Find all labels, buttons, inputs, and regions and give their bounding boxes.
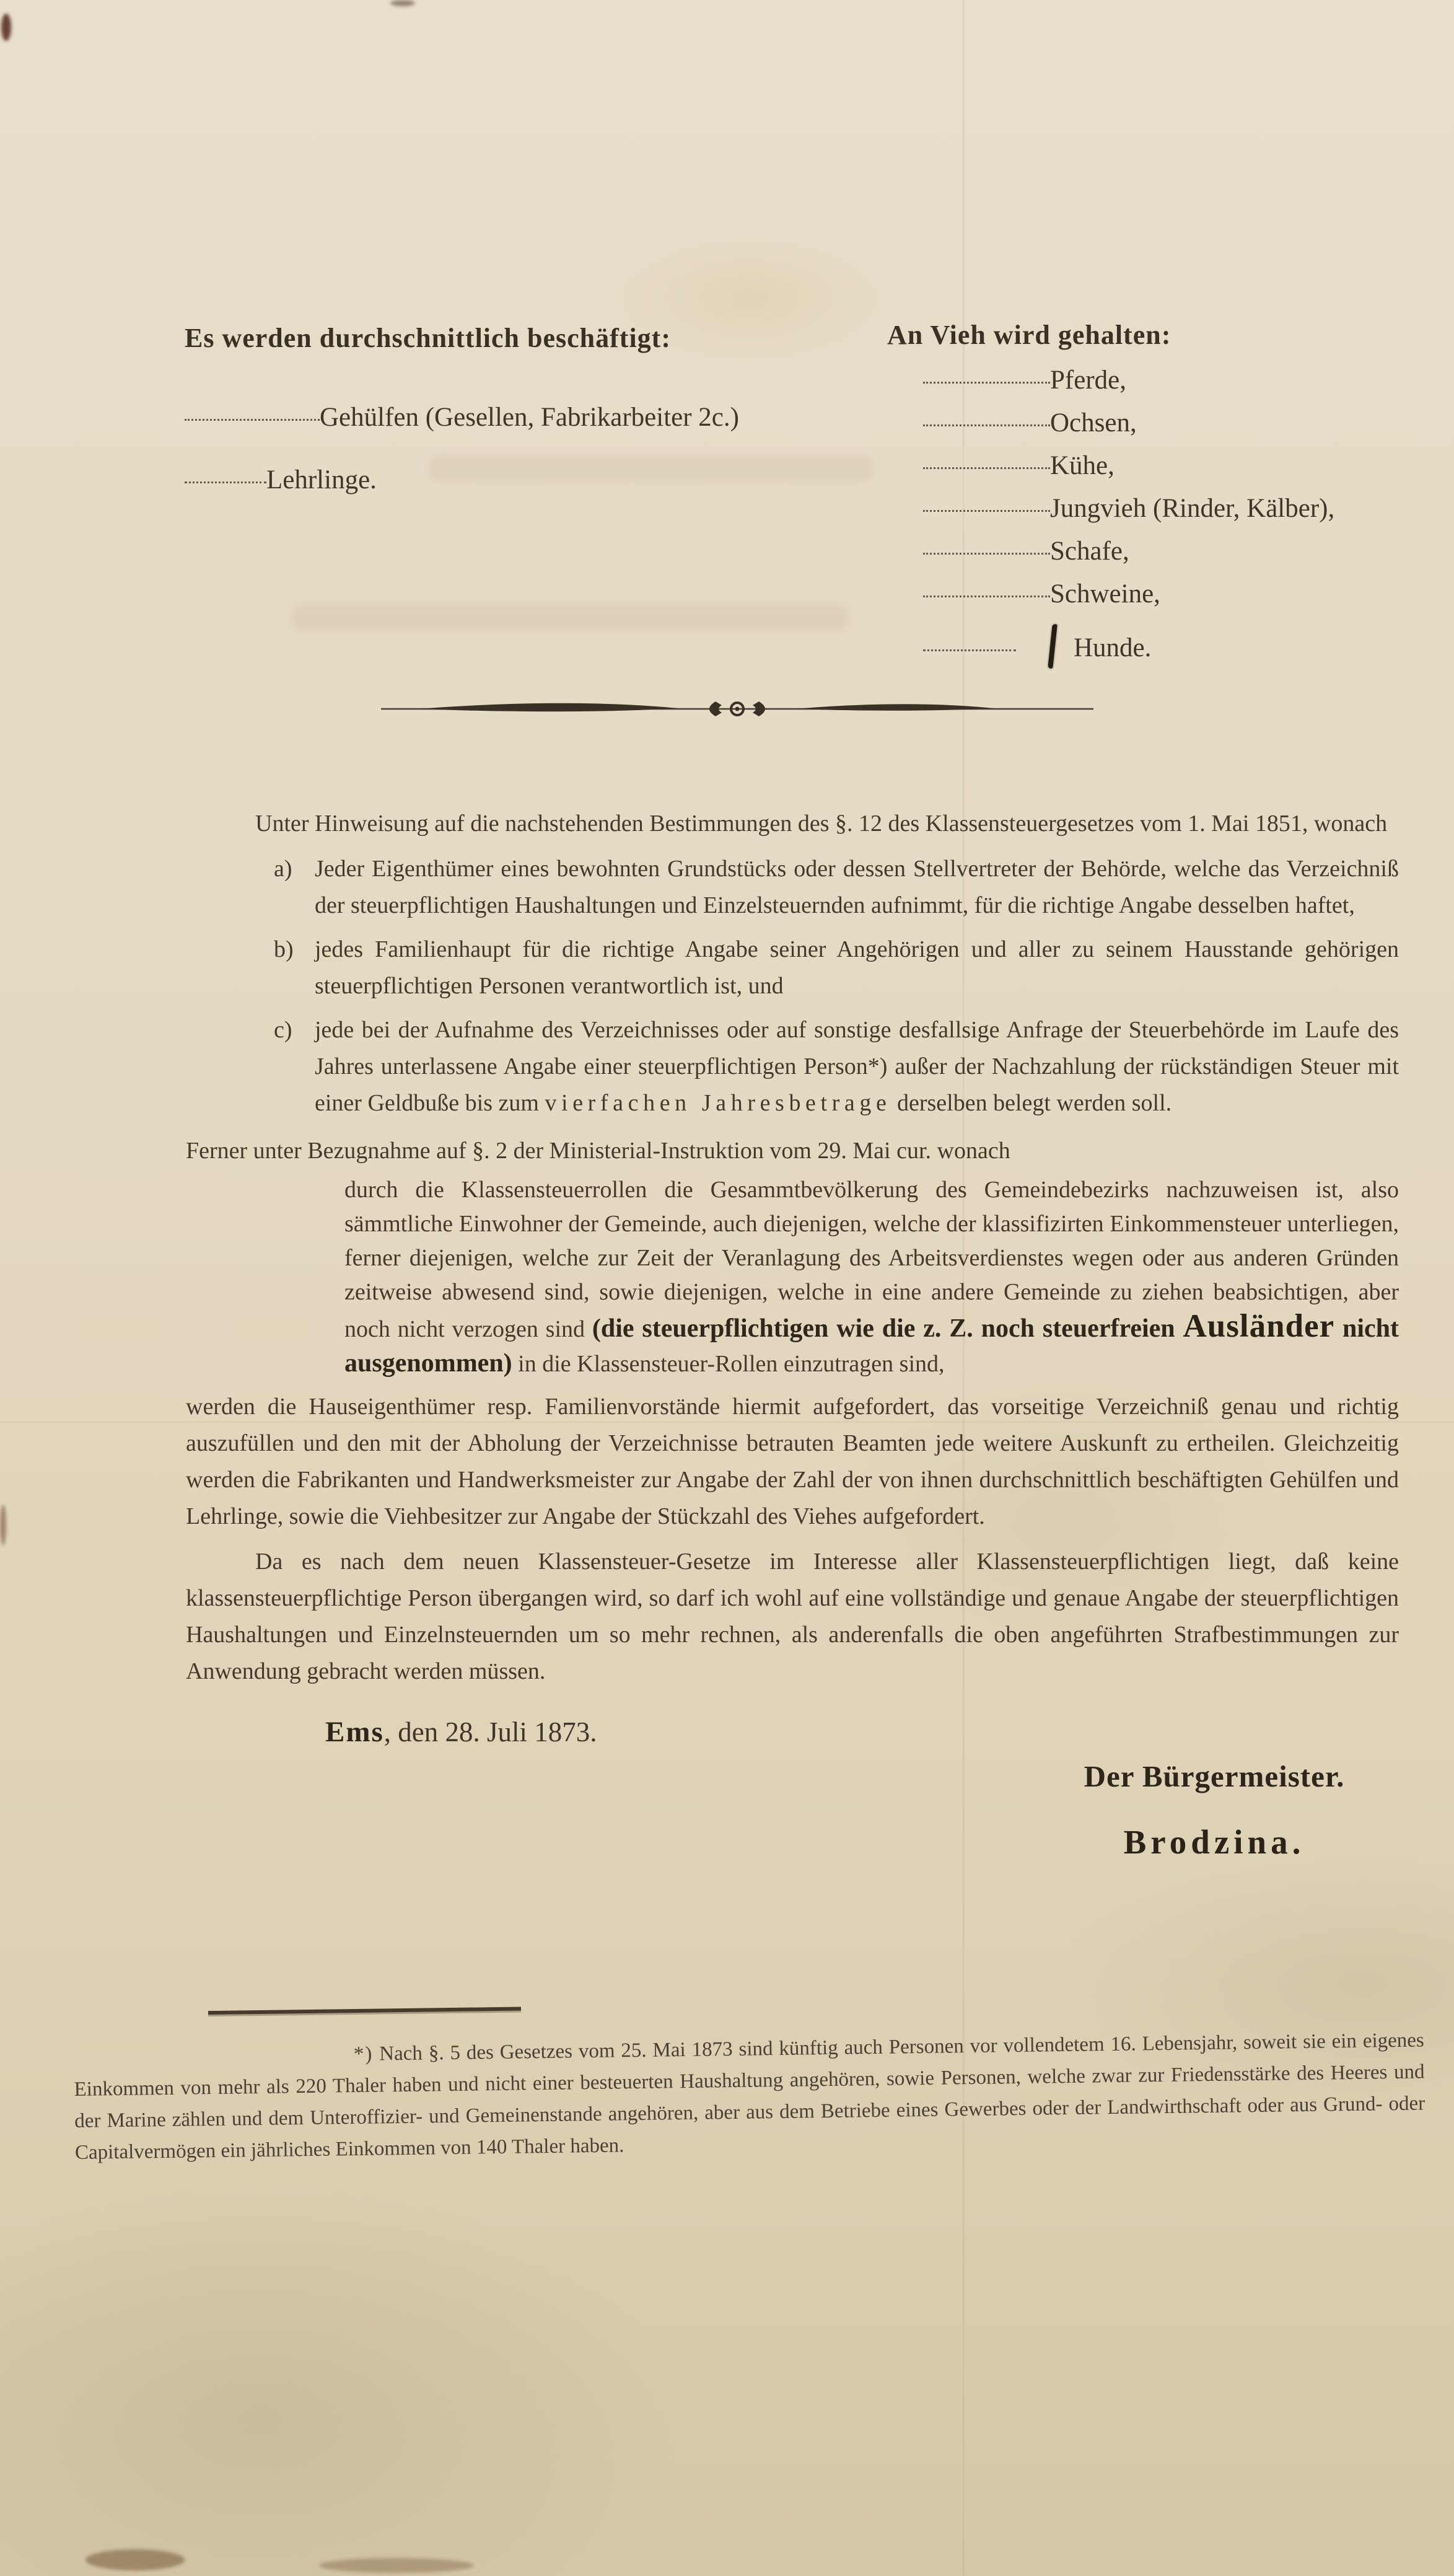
blank-fill-line [185,481,266,483]
footnote-paragraph: *) Nach §. 5 des Gesetzes vom 25. Mai 18… [74,2024,1426,2169]
werden-paragraph: werden die Hauseigenthümer resp. Familie… [186,1389,1399,1535]
dateline-rest: , den 28. Juli 1873. [384,1717,597,1747]
divider-ornament-graphic [381,694,1093,724]
bold-clause-auslaender: Ausländer [1183,1308,1335,1344]
livestock-heading: An Vieh wird gehalten: [887,319,1432,351]
signature-title: Der Bürgermeister. [1016,1759,1412,1794]
livestock-field-pferde: Pferde, [887,367,1432,393]
footnote-text: Nach §. 5 des Gesetzes vom 25. Mai 1873 … [74,2029,1425,2164]
body-text: Unter Hinweisung auf die nachstehenden B… [186,806,1399,1699]
list-item-c: c)jede bei der Aufnahme des Verzeichniss… [186,1012,1399,1122]
show-through-ghost [291,604,849,631]
blank-fill-line [185,419,320,421]
ferner-paragraph: Ferner unter Bezugnahme auf §. 2 der Min… [186,1133,1399,1169]
list-item-b-text: jedes Familienhaupt für die richtige Ang… [315,936,1399,999]
livestock-field-hunde: Hunde. [887,624,1432,661]
list-item-c-emphasis: vierfachen Jahresbetrage [545,1090,891,1116]
list-marker-c: c) [274,1012,292,1048]
livestock-field-jungvieh: Jungvieh (Rinder, Kälber), [887,496,1432,522]
list-marker-b: b) [274,931,294,968]
field-label: Schafe, [1050,537,1129,566]
handwritten-ink-mark [1048,624,1057,669]
field-label: Pferde, [1050,366,1126,395]
blank-fill-line [923,596,1050,597]
list-item-a: a)Jeder Eigenthümer eines bewohnten Grun… [186,851,1399,924]
list-item-a-text: Jeder Eigenthümer eines bewohnten Grunds… [315,856,1399,918]
list-item-b: b)jedes Familienhaupt für die richtige A… [186,931,1399,1004]
livestock-field-schweine: Schweine, [887,581,1432,607]
field-label: Gehülfen (Gesellen, Fabrikarbeiter 2c.) [320,403,739,432]
da-es-paragraph: Da es nach dem neuen Klassensteuer-Geset… [186,1544,1399,1690]
blank-fill-line [923,382,1050,384]
ornamental-divider [381,694,1093,724]
field-label: Hunde. [1074,633,1151,662]
employment-field-gehuelfen: Gehülfen (Gesellen, Fabrikarbeiter 2c.) [185,402,866,433]
edge-stain [1,14,11,41]
signature-name: Brodzina. [1016,1822,1412,1862]
edge-stain [319,2558,474,2573]
blank-fill-line [923,467,1050,469]
blank-fill-line [923,553,1050,555]
employment-heading: Es werden durchschnittlich beschäftigt: [185,322,866,354]
dateline: Ems, den 28. Juli 1873. [325,1715,597,1749]
field-label: Ochsen, [1050,408,1137,437]
indented-clause-text-end: in die Klassensteuer-Rollen einzutragen … [512,1351,945,1377]
employment-section: Es werden durchschnittlich beschäftigt: … [185,322,866,495]
employment-field-lehrlinge: Lehrlinge. [185,465,866,495]
intro-paragraph: Unter Hinweisung auf die nachstehenden B… [186,806,1399,842]
blank-fill-line [923,510,1050,512]
indented-clause: durch die Klassensteuerrollen die Gesamm… [186,1173,1399,1381]
list-marker-a: a) [274,851,292,887]
edge-stain [0,1505,6,1545]
livestock-field-kuehe: Kühe, [887,453,1432,479]
field-label: Lehrlinge. [266,465,377,495]
blank-fill-line [923,649,1016,651]
footnote-rule [208,2007,521,2015]
signature-block: Der Bürgermeister. Brodzina. [1016,1759,1412,1862]
footnote-marker: *) [354,2043,374,2065]
field-label: Schweine, [1050,579,1160,609]
bold-clause-start: (die steuerpflichtigen wie die z. Z. noc… [592,1314,1183,1343]
dateline-city: Ems [325,1716,384,1748]
field-label: Jungvieh (Rinder, Kälber), [1050,494,1334,523]
livestock-field-schafe: Schafe, [887,538,1432,565]
list-item-c-text-end: derselben belegt werden soll. [891,1090,1172,1116]
livestock-section: An Vieh wird gehalten: Pferde, Ochsen, K… [887,319,1432,661]
field-label: Kühe, [1050,451,1115,480]
blank-fill-line [923,424,1050,426]
edge-stain [390,0,415,6]
document-page: Es werden durchschnittlich beschäftigt: … [0,0,1454,2576]
footnote-section: *) Nach §. 5 des Gesetzes vom 25. Mai 18… [73,1995,1426,2169]
livestock-field-ochsen: Ochsen, [887,410,1432,436]
edge-stain [85,2549,185,2570]
